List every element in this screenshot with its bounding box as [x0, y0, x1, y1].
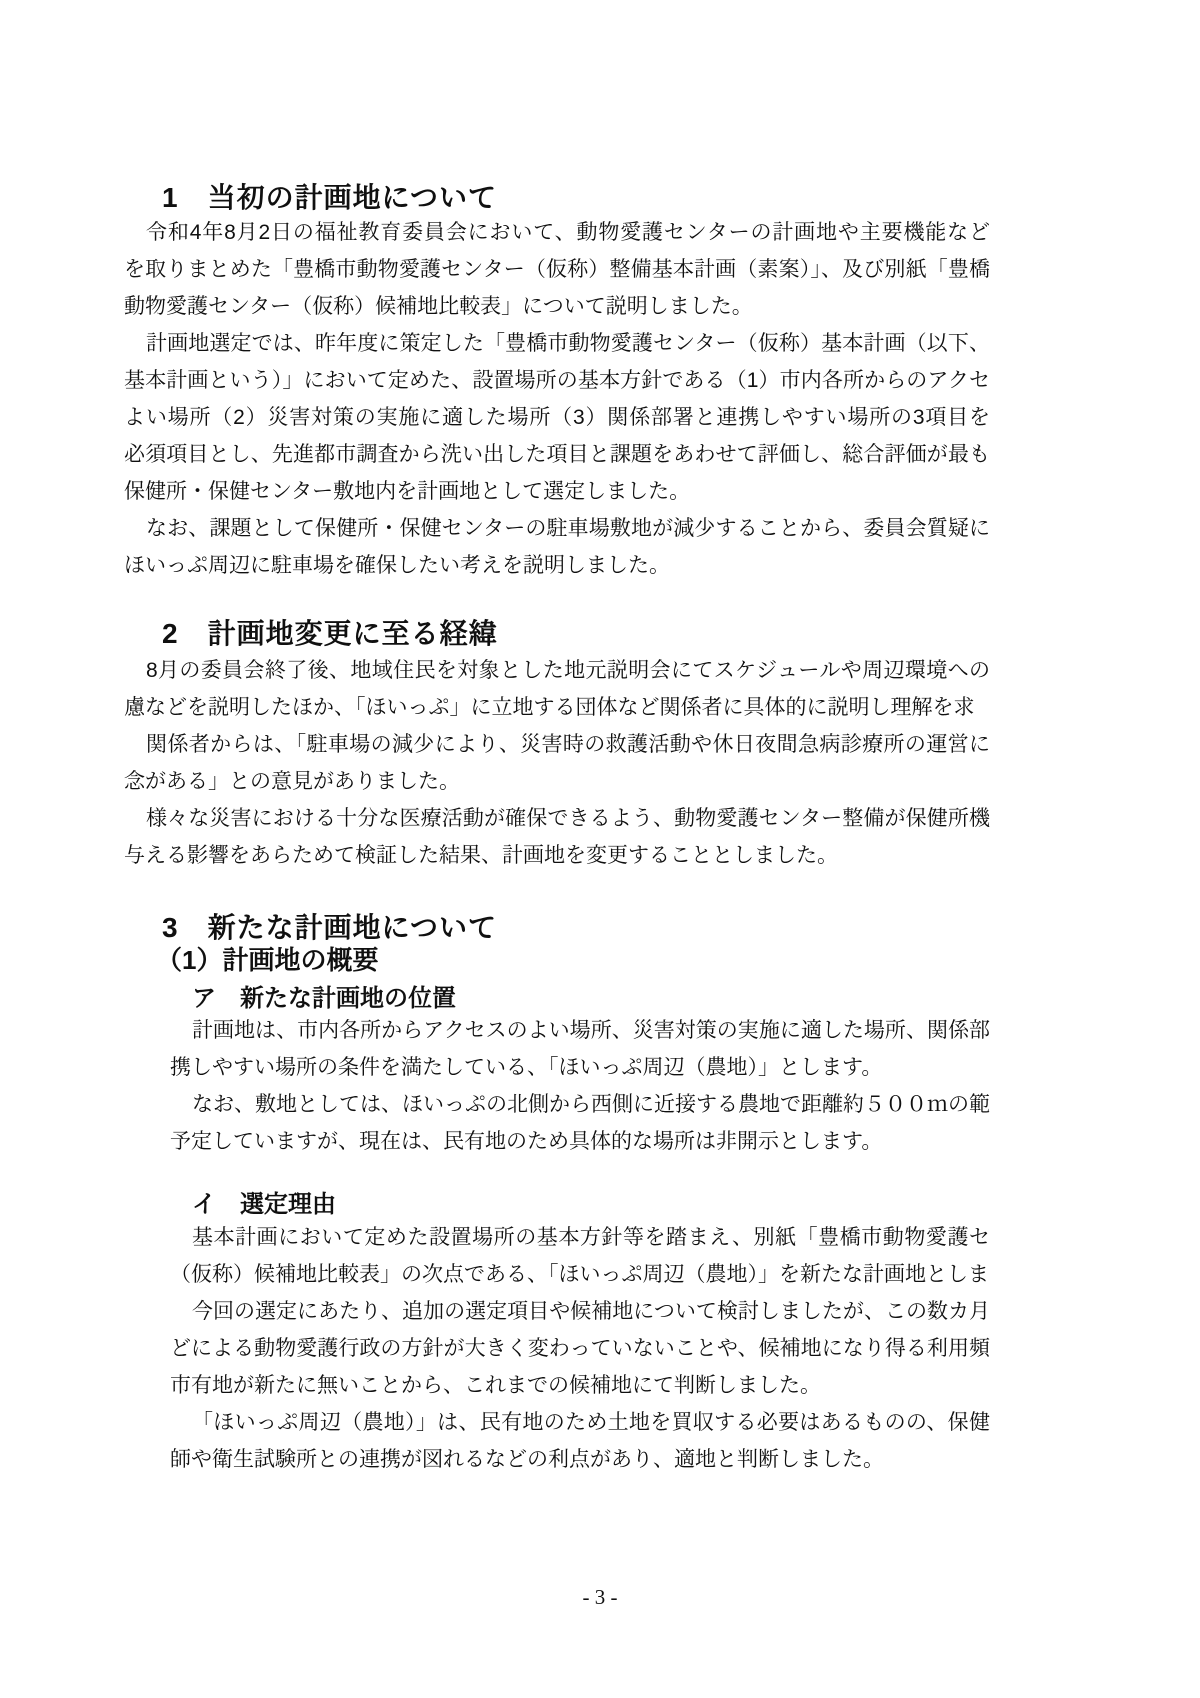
text-line: （仮称）候補地比較表」の次点である、「ほいっぷ周辺（農地）」を新たな計画地としま…: [170, 1256, 990, 1293]
section-2-heading: 2 計画地変更に至る経緯: [162, 612, 498, 652]
section-3-item-i-heading: イ 選定理由: [192, 1184, 336, 1219]
text-line: 市有地が新たに無いことから、これまでの候補地にて判断しました。: [170, 1367, 990, 1404]
text-line: 慮などを説明したほか、「ほいっぷ」に立地する団体など関係者に具体的に説明し理解を…: [124, 689, 990, 726]
text-line: 8月の委員会終了後、地域住民を対象とした地元説明会にてスケジュールや周辺環境への…: [124, 652, 990, 689]
text-line: 動物愛護センター（仮称）候補地比較表」について説明しました。: [124, 288, 990, 325]
text-line: 予定していますが、現在は、民有地のため具体的な場所は非開示とします。: [170, 1123, 990, 1160]
text-line: 関係者からは、「駐車場の減少により、災害時の救護活動や休日夜間急病診療所の運営に…: [124, 726, 990, 763]
section-1-body: 令和4年8月2日の福祉教育委員会において、動物愛護センターの計画地や主要機能など…: [124, 214, 990, 584]
text-line: 必須項目とし、先進都市調査から洗い出した項目と課題をあわせて評価し、総合評価が最…: [124, 436, 990, 473]
document-page: 1 当初の計画地について 令和4年8月2日の福祉教育委員会において、動物愛護セン…: [0, 0, 1200, 1698]
text-line: 基本計画という）」において定めた、設置場所の基本方針である（1）市内各所からのア…: [124, 362, 990, 399]
text-line: ほいっぷ周辺に駐車場を確保したい考えを説明しました。: [124, 547, 990, 584]
text-line: 計画地は、市内各所からアクセスのよい場所、災害対策の実施に適した場所、関係部署と…: [170, 1012, 990, 1049]
text-line: 師や衛生試験所との連携が図れるなどの利点があり、適地と判断しました。: [170, 1441, 990, 1478]
section-1-heading: 1 当初の計画地について: [162, 176, 497, 216]
text-line: なお、敷地としては、ほいっぷの北側から西側に近接する農地で距離約５００ｍの範囲内…: [170, 1086, 990, 1123]
text-line: 念がある」との意見がありました。: [124, 763, 990, 800]
section-2-body: 8月の委員会終了後、地域住民を対象とした地元説明会にてスケジュールや周辺環境への…: [124, 652, 990, 874]
section-3-subsection-label: （1）計画地の概要: [156, 940, 378, 977]
text-line: を取りまとめた「豊橋市動物愛護センター（仮称）整備基本計画（素案）」、及び別紙「…: [124, 251, 990, 288]
text-line: 保健所・保健センター敷地内を計画地として選定しました。: [124, 473, 990, 510]
text-line: 基本計画において定めた設置場所の基本方針等を踏まえ、別紙「豊橋市動物愛護センター: [170, 1219, 990, 1256]
section-3-item-a-heading: ア 新たな計画地の位置: [192, 978, 456, 1013]
section-3-item-a-body: 計画地は、市内各所からアクセスのよい場所、災害対策の実施に適した場所、関係部署と…: [170, 1012, 990, 1160]
text-line: 「ほいっぷ周辺（農地）」は、民有地のため土地を買収する必要はあるものの、保健所獣…: [170, 1404, 990, 1441]
text-line: 携しやすい場所の条件を満たしている、「ほいっぷ周辺（農地）」とします。: [170, 1049, 990, 1086]
text-line: なお、課題として保健所・保健センターの駐車場敷地が減少することから、委員会質疑に…: [124, 510, 990, 547]
text-line: 令和4年8月2日の福祉教育委員会において、動物愛護センターの計画地や主要機能など: [124, 214, 990, 251]
text-line: どによる動物愛護行政の方針が大きく変わっていないことや、候補地になり得る利用頻度…: [170, 1330, 990, 1367]
text-line: 与える影響をあらためて検証した結果、計画地を変更することとしました。: [124, 837, 990, 874]
section-3-item-i-body: 基本計画において定めた設置場所の基本方針等を踏まえ、別紙「豊橋市動物愛護センター…: [170, 1219, 990, 1478]
text-line: 計画地選定では、昨年度に策定した「豊橋市動物愛護センター（仮称）基本計画（以下、: [124, 325, 990, 362]
text-line: 今回の選定にあたり、追加の選定項目や候補地について検討しましたが、この数カ月間に…: [170, 1293, 990, 1330]
page-number: - 3 -: [0, 1585, 1200, 1610]
text-line: よい場所（2）災害対策の実施に適した場所（3）関係部署と連携しやすい場所の3項目…: [124, 399, 990, 436]
text-line: 様々な災害における十分な医療活動が確保できるよう、動物愛護センター整備が保健所機…: [124, 800, 990, 837]
